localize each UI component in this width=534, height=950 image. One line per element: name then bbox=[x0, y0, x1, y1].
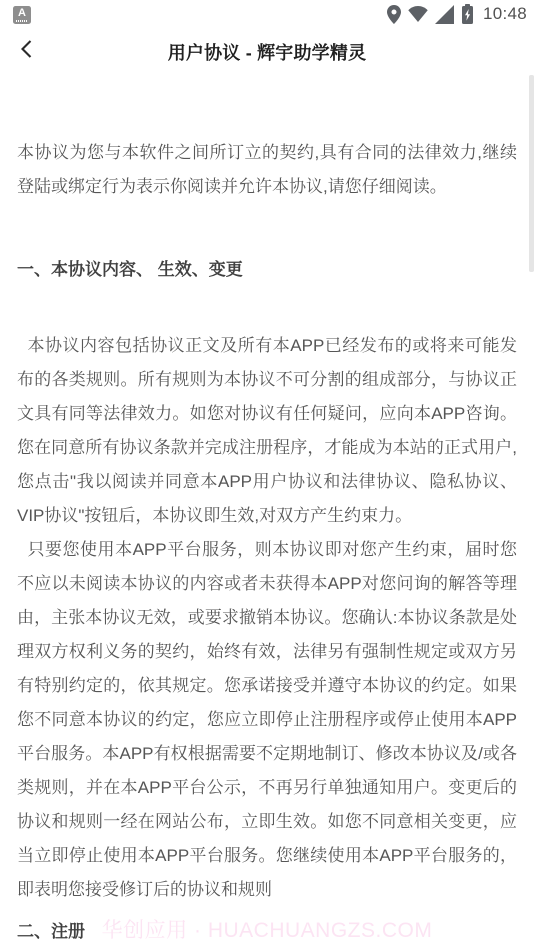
agreement-intro: 本协议为您与本软件之间所订立的契约,具有合同的法律效力,继续登陆或绑定行为表示你… bbox=[17, 136, 517, 204]
status-bar-right: 10:48 bbox=[387, 4, 527, 24]
cellular-signal-icon bbox=[435, 5, 454, 24]
scrollbar-thumb[interactable] bbox=[529, 75, 534, 272]
back-icon bbox=[17, 38, 37, 65]
status-bar: A bbox=[0, 0, 534, 28]
back-button[interactable] bbox=[8, 28, 46, 75]
wifi-icon bbox=[408, 6, 428, 22]
section-1-body: 本协议内容包括协议正文及所有本APP已经发布的或将来可能发布的各类规则。所有规则… bbox=[17, 329, 517, 907]
agreement-content[interactable]: 本协议为您与本软件之间所订立的契约,具有合同的法律效力,继续登陆或绑定行为表示你… bbox=[0, 75, 534, 950]
screen: A bbox=[0, 0, 534, 950]
location-icon bbox=[387, 5, 401, 24]
notification-app-icon: A bbox=[13, 6, 31, 24]
app-bar: 用户协议 - 辉宇助学精灵 bbox=[0, 28, 534, 75]
status-time: 10:48 bbox=[483, 4, 527, 24]
section-2-heading: 二、注册 bbox=[17, 915, 85, 949]
page-title: 用户协议 - 辉宇助学精灵 bbox=[168, 39, 367, 65]
notification-app-icon-letter: A bbox=[18, 8, 26, 19]
battery-charging-icon bbox=[461, 4, 474, 24]
notification-app-icon-subtext bbox=[16, 20, 28, 22]
section-1-heading: 一、本协议内容、 生效、变更 bbox=[17, 253, 517, 287]
status-bar-left: A bbox=[13, 5, 31, 24]
